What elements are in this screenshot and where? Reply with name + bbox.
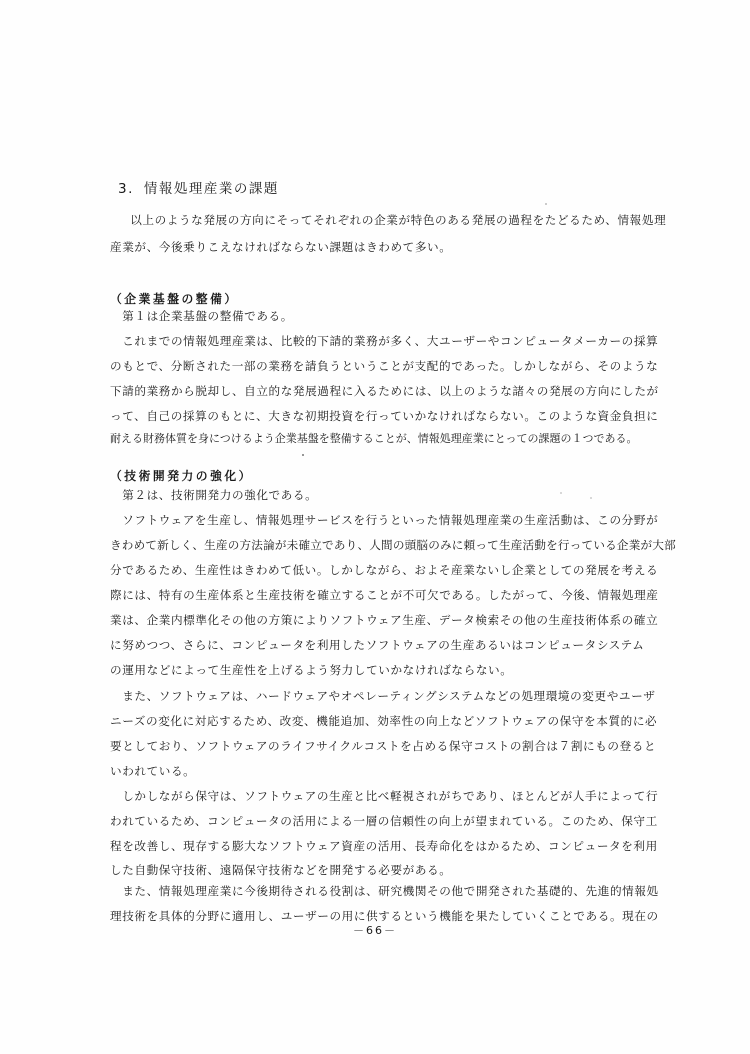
body-line: ニーズの変化に対応するため、改変、機能追加、効率性の向上などソフトウェアの保守を… (110, 713, 657, 729)
subsection-heading-tech-development: （技術開発力の強化） (110, 467, 253, 484)
intro-line: 産業が、今後乗りこえなければならない課題はきわめて多い。 (110, 239, 451, 255)
body-line: に努めつつ、さらに、コンピュータを利用したソフトウェアの生産あるいはコンピュータ… (110, 637, 644, 653)
section-title: 3.情報処理産業の課題 (118, 177, 279, 197)
section-title-text: 情報処理産業の課題 (144, 181, 279, 197)
body-line: のもとで、分断された一部の業務を請負うということが支配的であった。しかしながら、… (110, 358, 658, 374)
scan-speck (545, 203, 547, 205)
body-line: 程を改善し、現存する膨大なソフトウェア資産の活用、長寿命化をはかるため、コンピュ… (110, 838, 658, 854)
body-line: 要としており、ソフトウェアのライフサイクルコストを占める保守コストの割合は７割に… (110, 738, 656, 754)
body-line: 際には、特有の生産体系と生産技術を確立することが不可欠である。したがって、今後、… (110, 587, 659, 603)
page-number: －66－ (0, 922, 750, 938)
body-line: の運用などによって生産性を上げるよう努力していかなければならない。 (110, 662, 512, 678)
body-line: 下請的業務から脱却し、自立的な発展過程に入るためには、以上のような諸々の発展の方… (110, 383, 659, 399)
document-page: 3.情報処理産業の課題 以上のような発展の方向にそってそれぞれの企業が特色のある… (0, 0, 750, 1054)
body-line: した自動保守技術、遠隔保守技術などを開発する必要がある。 (110, 862, 451, 878)
body-line: 第２は、技術開発力の強化である。 (110, 487, 317, 503)
body-line: 分であるため、生産性はきわめて低い。しかしながら、およそ産業ないし企業としての発… (110, 562, 658, 578)
scan-speck (590, 497, 592, 499)
body-line: われているため、コンピュータの活用による一層の信頼性の向上が望まれている。このた… (110, 813, 658, 829)
scan-speck (560, 492, 562, 494)
section-number: 3. (118, 181, 134, 197)
body-line: また、ソフトウェアは、ハードウェアやオペレーティングシステムなどの処理環境の変更… (110, 688, 655, 704)
body-line: きわめて新しく、生産の方法論が未確立であり、人間の頭脳のみに頼って生産活動を行っ… (110, 537, 676, 553)
body-line: 耐える財務体質を身につけるよう企業基盤を整備することが、情報処理産業にとっての課… (110, 431, 638, 447)
body-line: しかしながら保守は、ソフトウェアの生産と比べ軽視されがちであり、ほとんどが人手に… (110, 788, 658, 804)
body-line: また、情報処理産業に今後期待される役割は、研究機関その他で開発された基礎的、先進… (110, 883, 659, 899)
body-line: って、自己の採算のもとに、大きな初期投資を行っていかなければならない。このような… (110, 408, 659, 424)
body-line: 第１は企業基盤の整備である。 (110, 308, 293, 324)
body-line: 業は、企業内標準化その他の方策によりソフトウェア生産、データ検索その他の生産技術… (110, 612, 658, 628)
body-line: これまでの情報処理産業は、比較的下請的業務が多く、大ユーザーやコンピュータメーカ… (110, 333, 658, 349)
scan-speck (302, 454, 304, 456)
body-line: ソフトウェアを生産し、情報処理サービスを行うといった情報処理産業の生産活動は、こ… (110, 512, 658, 528)
subsection-heading-enterprise-base: （企業基盤の整備） (110, 290, 239, 307)
intro-line: 以上のような発展の方向にそってそれぞれの企業が特色のある発展の過程をたどるため、… (118, 212, 666, 228)
body-line: いわれている。 (110, 763, 195, 779)
